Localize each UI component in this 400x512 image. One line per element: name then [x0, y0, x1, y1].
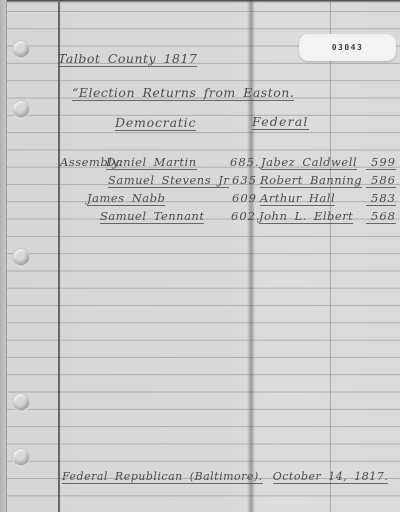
punch-hole — [12, 100, 30, 118]
fold-crease — [247, 0, 255, 512]
dem-vote-count: 635 — [232, 173, 257, 187]
fed-candidate-name: Robert Banning — [260, 173, 362, 187]
page-top-edge — [0, 0, 400, 3]
dem-vote-count: 602. — [231, 209, 261, 223]
document-subtitle-text: “Election Returns from Easton. — [72, 85, 294, 101]
catalog-sticker: 03043 — [299, 34, 396, 61]
fed-candidate-name: John L. Elbert — [259, 209, 353, 223]
catalog-number: 03043 — [332, 43, 364, 52]
dem-vote-count: 609 — [232, 191, 257, 205]
fed-candidate-name: Arthur Hall — [260, 191, 335, 205]
dem-candidate-name: Daniel Martin — [106, 155, 197, 169]
punch-hole — [12, 448, 30, 466]
scanned-document-page: { "document": { "label_number": "03043",… — [0, 0, 400, 512]
fed-candidate-name: Jabez Caldwell — [261, 155, 357, 169]
column-header-federal: Federal — [252, 115, 309, 129]
right-rule-line — [330, 2, 331, 512]
ruled-lines — [7, 0, 400, 512]
punch-hole — [12, 248, 30, 266]
column-header-democratic: Democratic — [115, 116, 196, 130]
dem-candidate-name: Samuel Stevens Jr — [108, 173, 229, 187]
fed-vote-count: 583 — [366, 191, 396, 206]
dem-vote-count: 685. — [230, 155, 260, 169]
citation-source: Federal Republican (Baltimore). — [62, 470, 263, 484]
margin-rule-line — [58, 2, 60, 512]
citation-date: October 14, 1817. — [273, 470, 389, 484]
fed-vote-count: 568 — [366, 209, 396, 224]
page-left-edge — [0, 0, 7, 512]
dem-candidate-name: Samuel Tennant — [100, 209, 204, 223]
punch-hole — [12, 393, 30, 411]
fed-vote-count: 586 — [366, 173, 396, 188]
document-title-text: Talbot County 1817 — [58, 51, 197, 67]
dem-candidate-name: James Nabb — [87, 191, 165, 205]
fed-vote-count: 599 — [366, 155, 396, 170]
document-title: Talbot County 1817 — [58, 52, 197, 66]
punch-hole — [12, 40, 30, 58]
document-subtitle: “Election Returns from Easton. — [72, 86, 294, 100]
citation: Federal Republican (Baltimore).October 1… — [62, 470, 388, 484]
